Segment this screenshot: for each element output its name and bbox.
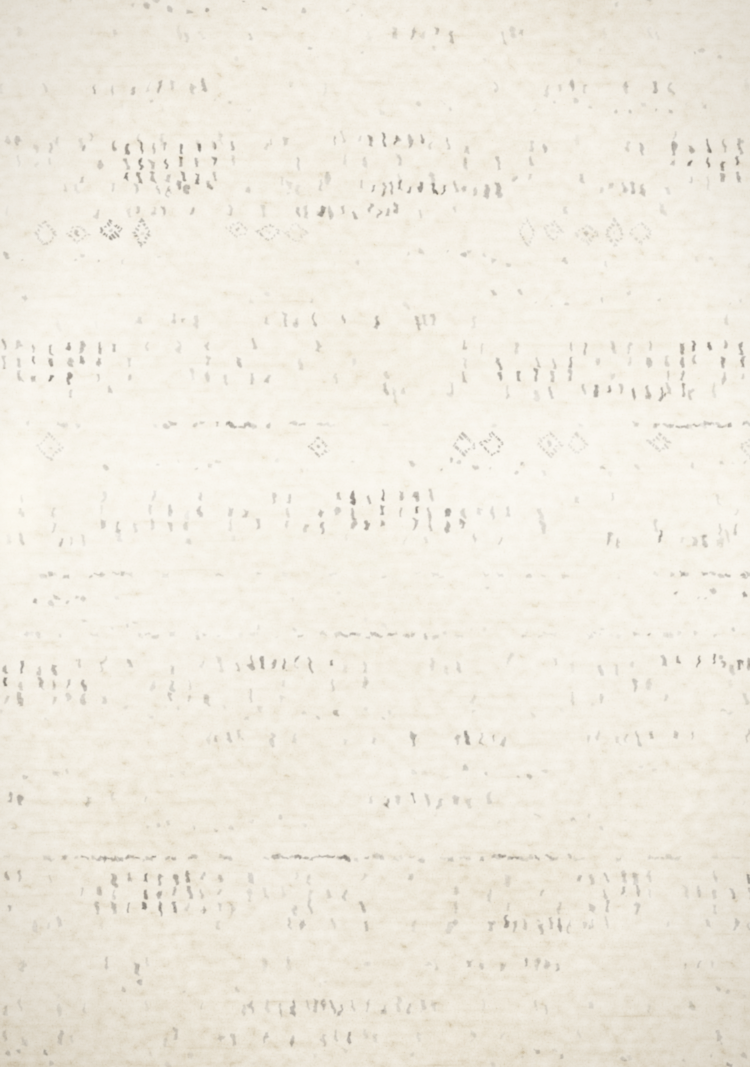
rug-photo <box>0 0 750 1067</box>
rug-texture-svg <box>0 0 750 1067</box>
